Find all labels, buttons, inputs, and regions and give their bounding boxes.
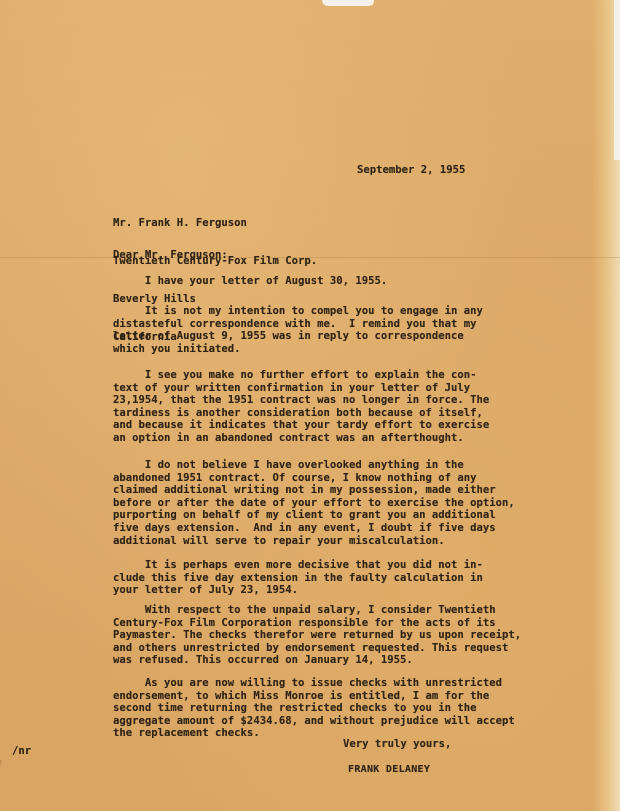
typist-initials: /nr (12, 745, 31, 758)
body-paragraph: It is perhaps even more decisive that yo… (113, 559, 483, 597)
paragraph-line: distasteful correspondence with me. I re… (113, 318, 483, 331)
paragraph-line: It is perhaps even more decisive that yo… (113, 559, 483, 572)
paragraph-line: the replacement checks. (113, 727, 515, 740)
letter-page: September 2, 1955 Mr. Frank H. Ferguson … (0, 0, 620, 811)
paragraph-line: purporting on behalf of my client to gra… (113, 509, 515, 522)
paper-crease (0, 760, 2, 808)
paragraph-line: I do not believe I have overlooked anyth… (113, 459, 515, 472)
body-paragraph: With respect to the unpaid salary, I con… (113, 604, 521, 667)
paragraph-line: endorsement, to which Miss Monroe is ent… (113, 690, 515, 703)
paragraph-line: abandoned 1951 contract. Of course, I kn… (113, 472, 515, 485)
paragraph-line: was refused. This occurred on January 14… (113, 654, 521, 667)
paragraph-line: With respect to the unpaid salary, I con… (113, 604, 521, 617)
paragraph-line: before or after the date of your effort … (113, 497, 515, 510)
body-paragraph: I see you make no further effort to expl… (113, 369, 489, 445)
paragraph-line: I have your letter of August 30, 1955. (113, 275, 387, 288)
paragraph-line: additional will serve to repair your mis… (113, 535, 515, 548)
paragraph-line: It is not my intention to compel you to … (113, 305, 483, 318)
body-paragraph: I have your letter of August 30, 1955. (113, 275, 387, 288)
paragraph-line: I see you make no further effort to expl… (113, 369, 489, 382)
paper-tear (322, 0, 374, 6)
paragraph-line: an option in an abandoned contract was a… (113, 432, 489, 445)
paragraph-line: and others unrestricted by endorsement r… (113, 642, 521, 655)
paragraph-line: which you initiated. (113, 343, 483, 356)
paragraph-line: Century-Fox Film Corporation responsible… (113, 617, 521, 630)
paragraph-line: Paymaster. The checks therefor were retu… (113, 629, 521, 642)
letter-date: September 2, 1955 (357, 164, 465, 177)
closing: Very truly yours, (343, 738, 451, 751)
paragraph-line: text of your written confirmation in you… (113, 382, 489, 395)
body-paragraph: I do not believe I have overlooked anyth… (113, 459, 515, 547)
paragraph-line: 23,1954, that the 1951 contract was no l… (113, 394, 489, 407)
paper-edge-gap (614, 0, 620, 160)
paragraph-line: tardiness is another consideration both … (113, 407, 489, 420)
paragraph-line: letter of August 9, 1955 was in reply to… (113, 330, 483, 343)
paragraph-line: claimed additional writing not in my pos… (113, 484, 515, 497)
paragraph-line: five days extension. And in any event, I… (113, 522, 515, 535)
paragraph-line: second time returning the restricted che… (113, 702, 515, 715)
paragraph-line: clude this five day extension in the fau… (113, 572, 483, 585)
recipient-line: Beverly Hills (113, 293, 317, 306)
paragraph-line: As you are now willing to issue checks w… (113, 677, 515, 690)
signature-name: FRANK DELANEY (348, 764, 430, 777)
paragraph-line: and because it indicates that your tardy… (113, 419, 489, 432)
body-paragraph: As you are now willing to issue checks w… (113, 677, 515, 740)
body-paragraph: It is not my intention to compel you to … (113, 305, 483, 355)
recipient-line: Mr. Frank H. Ferguson (113, 217, 317, 230)
paragraph-line: your letter of July 23, 1954. (113, 584, 483, 597)
salutation: Dear Mr. Ferguson: (113, 249, 228, 262)
paragraph-line: aggregate amount of $2434.68, and withou… (113, 715, 515, 728)
